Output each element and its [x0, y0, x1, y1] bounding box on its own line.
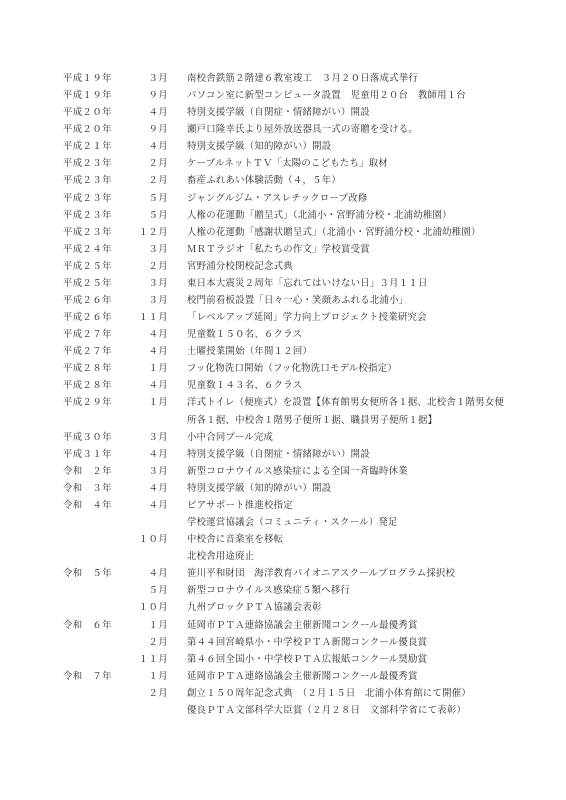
event-cell: 人権の花運動「贈呈式」（北浦小・宮野浦分校・北浦幼稚園）	[187, 207, 452, 224]
month-cell: １２月	[133, 224, 168, 241]
history-row: 平成２３年 １２月 人権の花運動「感謝状贈呈式」（北浦小・宮野浦分校・北浦幼稚園…	[63, 224, 523, 241]
history-row: 平成２６年 １１月 「レベルアップ延岡」学力向上プロジェクト授業研究会	[63, 309, 523, 326]
event-cell: 畜産ふれあい体験活動（４，５年）	[187, 172, 341, 189]
event-cell: ジャングルジム・アスレチックロープ改修	[187, 190, 367, 207]
history-row: 平成３０年 ３月 小中合同プール完成	[63, 429, 523, 446]
history-row: 平成２８年 ４月 児童数１４３名、６クラス	[63, 377, 523, 394]
event-cell: 児童数１５０名、６クラス	[187, 326, 302, 343]
year-cell: 平成２７年	[63, 343, 123, 360]
event-cell: 九州ブロックＰＴＡ協議会表彰	[187, 599, 322, 616]
year-cell: 平成２１年	[63, 138, 123, 155]
year-cell: 平成２８年	[63, 377, 123, 394]
month-cell: ４月	[133, 446, 168, 463]
month-cell: ４月	[133, 377, 168, 394]
month-cell: ９月	[133, 87, 168, 104]
year-cell: 平成２８年	[63, 360, 123, 377]
history-row: 平成２５年 ３月 東日本大震災２周年「忘れてはいけない日」３月１１日	[63, 275, 523, 292]
year-cell: 令和 ２年	[63, 463, 123, 480]
month-cell: ２月	[133, 634, 168, 651]
month-cell: ４月	[133, 104, 168, 121]
history-row: 令和 ５年 ４月 笹川平和財団 海洋教育パイオニアスクールプログラム採択校	[63, 565, 523, 582]
event-cell: 瀬戸口隆幸氏より屋外放送器具一式の寄贈を受ける。	[187, 121, 418, 138]
history-row: １０月 九州ブロックＰＴＡ協議会表彰	[63, 599, 523, 616]
history-row: 平成２０年 ９月 瀬戸口隆幸氏より屋外放送器具一式の寄贈を受ける。	[63, 121, 523, 138]
history-row: ２月 第４４回宮崎県小・中学校ＰＴＡ新聞コンクール優良賞	[63, 634, 523, 651]
year-cell: 平成２７年	[63, 326, 123, 343]
month-cell: ２月	[133, 155, 168, 172]
month-cell: １月	[133, 617, 168, 634]
history-row: 平成２１年 ４月 特別支援学級（知的障がい）開設	[63, 138, 523, 155]
month-cell: ４月	[133, 480, 168, 497]
month-cell: ２月	[133, 685, 168, 702]
history-row: 優良ＰＴＡ文部科学大臣賞（２月２８日 文部科学省にて表彰）	[63, 702, 523, 719]
month-cell: １月	[133, 668, 168, 685]
event-cell: 特別支援学級（知的障がい）開設	[187, 138, 331, 155]
year-cell: 平成１９年	[63, 87, 123, 104]
month-cell: ９月	[133, 121, 168, 138]
history-row: 平成２３年 ２月 畜産ふれあい体験活動（４，５年）	[63, 172, 523, 189]
history-row: 平成２６年 ３月 校門前看板設置「日々一心・笑顔あふれる北浦小」	[63, 292, 523, 309]
history-row: ２月 創立１５０周年記念式典 （２月１５日 北浦小体育館にて開催）	[63, 685, 523, 702]
event-cell: 児童数１４３名、６クラス	[187, 377, 302, 394]
history-row: 平成２８年 １月 フッ化物洗口開始（フッ化物洗口モデル校指定）	[63, 360, 523, 377]
year-cell: 平成２９年	[63, 394, 123, 411]
event-cell: 特別支援学級（自閉症・情緒障がい）開設	[187, 446, 370, 463]
event-cell: ＭＲＴラジオ「私たちの作文」学校賞受賞	[187, 241, 370, 258]
event-cell: 宮野浦分校閉校記念式典	[187, 258, 293, 275]
month-cell: １１月	[133, 309, 168, 326]
month-cell: １０月	[133, 599, 168, 616]
history-row: 平成２９年 １月 洋式トイレ（便座式）を設置【体育館男女便所各１据、北校舎１階男…	[63, 394, 523, 411]
month-cell: ５月	[133, 582, 168, 599]
year-cell: 令和 ４年	[63, 497, 123, 514]
event-cell: 南校舎鉄筋２階建６教室竣工 ３月２０日落成式挙行	[187, 70, 418, 87]
event-cell: 優良ＰＴＡ文部科学大臣賞（２月２８日 文部科学省にて表彰）	[187, 702, 466, 719]
month-cell: ３月	[133, 70, 168, 87]
event-cell: 創立１５０周年記念式典 （２月１５日 北浦小体育館にて開催）	[187, 685, 471, 702]
event-cell: 土曜授業開始（年間１２回）	[187, 343, 312, 360]
event-cell: 新型コロナウイルス感染症による全国一斉臨時休業	[187, 463, 408, 480]
event-cell: 中校舎に音楽室を移転	[187, 531, 283, 548]
history-row: ５月 新型コロナウイルス感染症５類へ移行	[63, 582, 523, 599]
document-page: 平成１９年 ３月 南校舎鉄筋２階建６教室竣工 ３月２０日落成式挙行 平成１９年 …	[0, 0, 566, 800]
event-cell: 「レベルアップ延岡」学力向上プロジェクト授業研究会	[187, 309, 427, 326]
year-cell: 平成２３年	[63, 190, 123, 207]
month-cell: １０月	[133, 531, 168, 548]
month-cell: ４月	[133, 343, 168, 360]
month-cell: ４月	[133, 497, 168, 514]
history-row: 平成１９年 ３月 南校舎鉄筋２階建６教室竣工 ３月２０日落成式挙行	[63, 70, 523, 87]
month-cell: ４月	[133, 138, 168, 155]
school-history-table: 平成１９年 ３月 南校舎鉄筋２階建６教室竣工 ３月２０日落成式挙行 平成１９年 …	[63, 70, 523, 719]
year-cell: 平成３０年	[63, 429, 123, 446]
month-cell: ２月	[133, 172, 168, 189]
history-row: 平成２４年 ３月 ＭＲＴラジオ「私たちの作文」学校賞受賞	[63, 241, 523, 258]
year-cell: 平成２６年	[63, 292, 123, 309]
month-cell: ４月	[133, 565, 168, 582]
year-cell: 平成３１年	[63, 446, 123, 463]
month-cell: ３月	[133, 463, 168, 480]
year-cell: 平成２３年	[63, 224, 123, 241]
event-cell: 延岡市ＰＴＡ連絡協議会主催新聞コンクール最優秀賞	[187, 668, 418, 685]
year-cell: 令和 ３年	[63, 480, 123, 497]
history-row: 令和 ４年 ４月 ピアサポート推進校指定	[63, 497, 523, 514]
event-cell: 小中合同プール完成	[187, 429, 273, 446]
month-cell: ３月	[133, 241, 168, 258]
history-row: 平成２７年 ４月 土曜授業開始（年間１２回）	[63, 343, 523, 360]
event-cell: パソコン室に新型コンピュータ設置 児童用２０台 教師用１台	[187, 87, 466, 104]
event-cell: 所各１据、中校舎１階男子便所１据、職員男子便所１据】	[187, 412, 437, 429]
year-cell: 平成２５年	[63, 258, 123, 275]
history-row: 北校舎用途廃止	[63, 548, 523, 565]
event-cell: 特別支援学級（知的障がい）開設	[187, 480, 331, 497]
year-cell: 平成２０年	[63, 104, 123, 121]
year-cell: 平成２３年	[63, 155, 123, 172]
event-cell: 新型コロナウイルス感染症５類へ移行	[187, 582, 350, 599]
month-cell: ３月	[133, 429, 168, 446]
history-row: 平成３１年 ４月 特別支援学級（自閉症・情緒障がい）開設	[63, 446, 523, 463]
month-cell: ５月	[133, 190, 168, 207]
month-cell: ２月	[133, 258, 168, 275]
year-cell: 平成２６年	[63, 309, 123, 326]
event-cell: 洋式トイレ（便座式）を設置【体育館男女便所各１据、北校舎１階男女便	[187, 394, 504, 411]
month-cell: １月	[133, 360, 168, 377]
history-row: 令和 ７年 １月 延岡市ＰＴＡ連絡協議会主催新聞コンクール最優秀賞	[63, 668, 523, 685]
history-row: １１月 第４６回全国小・中学校ＰＴＡ広報紙コンクール奨励賞	[63, 651, 523, 668]
month-cell: １月	[133, 394, 168, 411]
year-cell: 平成２４年	[63, 241, 123, 258]
event-cell: ケーブルネットＴＶ「太陽のこどもたち」取材	[187, 155, 388, 172]
event-cell: 人権の花運動「感謝状贈呈式」（北浦小・宮野浦分校・北浦幼稚園）	[187, 224, 481, 241]
month-cell: ４月	[133, 326, 168, 343]
event-cell: 北校舎用途廃止	[187, 548, 254, 565]
history-row: 平成２３年 ５月 人権の花運動「贈呈式」（北浦小・宮野浦分校・北浦幼稚園）	[63, 207, 523, 224]
month-cell: ５月	[133, 207, 168, 224]
month-cell: ３月	[133, 275, 168, 292]
event-cell: フッ化物洗口開始（フッ化物洗口モデル校指定）	[187, 360, 397, 377]
event-cell: 学校運営協議会（コミュニティ・スクール）発足	[187, 514, 398, 531]
event-cell: 東日本大震災２周年「忘れてはいけない日」３月１１日	[187, 275, 428, 292]
event-cell: 第４４回宮崎県小・中学校ＰＴＡ新聞コンクール優良賞	[187, 634, 427, 651]
year-cell: 平成２５年	[63, 275, 123, 292]
month-cell: １１月	[133, 651, 168, 668]
year-cell: 令和 ５年	[63, 565, 123, 582]
year-cell: 令和 ６年	[63, 617, 123, 634]
history-row: 令和 ３年 ４月 特別支援学級（知的障がい）開設	[63, 480, 523, 497]
year-cell: 平成１９年	[63, 70, 123, 87]
history-row: 平成２３年 ５月 ジャングルジム・アスレチックロープ改修	[63, 190, 523, 207]
year-cell: 平成２３年	[63, 207, 123, 224]
event-cell: ピアサポート推進校指定	[187, 497, 293, 514]
history-row: 平成２７年 ４月 児童数１５０名、６クラス	[63, 326, 523, 343]
year-cell: 平成２３年	[63, 172, 123, 189]
history-row: 平成２０年 ４月 特別支援学級（自閉症・情緒障がい）開設	[63, 104, 523, 121]
history-row: 平成１９年 ９月 パソコン室に新型コンピュータ設置 児童用２０台 教師用１台	[63, 87, 523, 104]
event-cell: 第４６回全国小・中学校ＰＴＡ広報紙コンクール奨励賞	[187, 651, 427, 668]
history-row: 令和 ６年 １月 延岡市ＰＴＡ連絡協議会主催新聞コンクール最優秀賞	[63, 617, 523, 634]
event-cell: 校門前看板設置「日々一心・笑顔あふれる北浦小」	[187, 292, 408, 309]
history-row: 平成２５年 ２月 宮野浦分校閉校記念式典	[63, 258, 523, 275]
event-cell: 特別支援学級（自閉症・情緒障がい）開設	[187, 104, 370, 121]
history-row: 学校運営協議会（コミュニティ・スクール）発足	[63, 514, 523, 531]
history-row: １０月 中校舎に音楽室を移転	[63, 531, 523, 548]
month-cell: ３月	[133, 292, 168, 309]
history-row: 令和 ２年 ３月 新型コロナウイルス感染症による全国一斉臨時休業	[63, 463, 523, 480]
history-row: 平成２３年 ２月 ケーブルネットＴＶ「太陽のこどもたち」取材	[63, 155, 523, 172]
history-row: 所各１据、中校舎１階男子便所１据、職員男子便所１据】	[63, 412, 523, 429]
year-cell: 令和 ７年	[63, 668, 123, 685]
event-cell: 笹川平和財団 海洋教育パイオニアスクールプログラム採択校	[187, 565, 455, 582]
year-cell: 平成２０年	[63, 121, 123, 138]
event-cell: 延岡市ＰＴＡ連絡協議会主催新聞コンクール最優秀賞	[187, 617, 418, 634]
